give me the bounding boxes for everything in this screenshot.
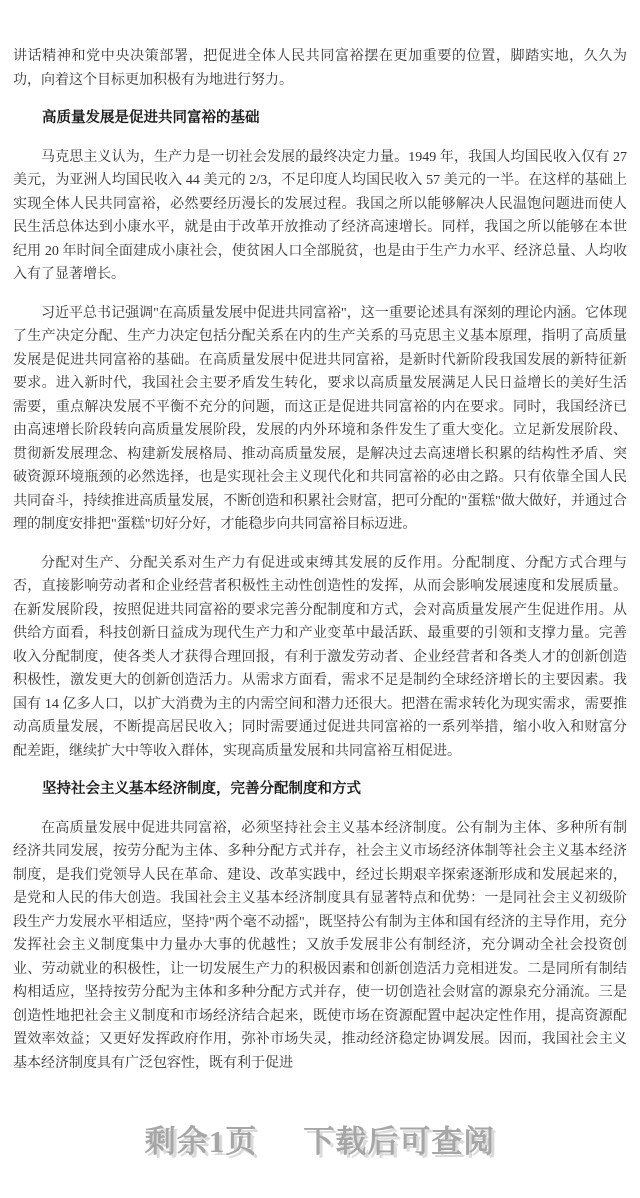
- section-heading: 高质量发展是促进共同富裕的基础: [13, 107, 627, 131]
- section-heading: 坚持社会主义基本经济制度，完善分配制度和方式: [13, 778, 627, 802]
- paragraph: 分配对生产、分配关系对生产力有促进或束缚其发展的反作用。分配制度、分配方式合理与…: [13, 552, 627, 764]
- paragraph: 马克思主义认为，生产力是一切社会发展的最终决定力量。1949 年，我国人均国民收…: [13, 146, 627, 287]
- document-page: 讲话精神和党中央决策部署，把促进全体人民共同富裕摆在更加重要的位置，脚踏实地，久…: [0, 0, 640, 1198]
- paragraph: 习近平总书记强调"在高质量发展中促进共同富裕"，这一重要论述具有深刻的理论内涵。…: [13, 302, 627, 537]
- document-content: 讲话精神和党中央决策部署，把促进全体人民共同富裕摆在更加重要的位置，脚踏实地，久…: [0, 0, 640, 1075]
- paragraph: 讲话精神和党中央决策部署，把促进全体人民共同富裕摆在更加重要的位置，脚踏实地，久…: [13, 45, 627, 92]
- paragraph: 在高质量发展中促进共同富裕，必须坚持社会主义基本经济制度。公有制为主体、多种所有…: [13, 817, 627, 1076]
- download-hint-label: 下载后可查阅: [303, 1124, 495, 1159]
- remaining-pages-notice: 剩余1页下载后可查阅: [0, 1116, 640, 1161]
- remaining-pages-label: 剩余1页: [145, 1124, 258, 1159]
